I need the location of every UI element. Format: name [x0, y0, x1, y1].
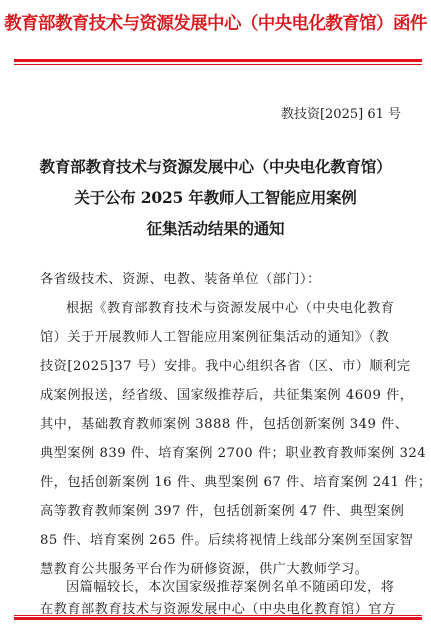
- body-line: 慧教育公共服务平台作为研修资源，供广大教师学习。: [40, 558, 369, 577]
- letterhead-rule-thin: [14, 64, 422, 65]
- body-line: 件，包括创新案例 16 件、典型案例 67 件、培育案例 241 件；: [40, 471, 431, 490]
- body-line: 根据《教育部教育技术与资源发展中心（中央电化教育: [66, 297, 395, 316]
- document-number: 教技资[2025] 61 号: [281, 103, 401, 122]
- body-line: 高等教育教师案例 397 件，包括创新案例 47 件、典型案例: [40, 500, 404, 519]
- body-line: 因篇幅较长，本次国家级推荐案例名单不随函印发，将: [66, 576, 395, 595]
- footer-rule-thin: [14, 615, 422, 616]
- body-line: 典型案例 839 件、培育案例 2700 件；职业教育教师案例 324: [40, 442, 426, 461]
- footer-rule-thick: [14, 617, 422, 620]
- body-line: 85 件、培育案例 265 件。后续将视情上线部分案例至国家智: [40, 529, 413, 548]
- notice-title-line-3: 征集活动结果的通知: [0, 217, 431, 239]
- body-line: 成案例报送，经省级、国家级推荐后，共征集案例 4609 件，: [40, 384, 413, 403]
- body-line: 馆）关于开展教师人工智能应用案例征集活动的通知》（教: [40, 326, 389, 345]
- letterhead-title: 教育部教育技术与资源发展中心（中央电化教育馆）函件: [0, 10, 431, 35]
- body-line: 技资[2025]37 号）安排。我中心组织各省（区、市）顺利完: [40, 355, 410, 374]
- notice-title-line-1: 教育部教育技术与资源发展中心（中央电化教育馆）: [0, 155, 431, 177]
- letterhead-rule-thick: [14, 59, 422, 62]
- notice-title-line-2: 关于公布 2025 年教师人工智能应用案例: [0, 186, 431, 208]
- body-line: 其中，基础教育教师案例 3888 件，包括创新案例 349 件、: [40, 413, 408, 432]
- salutation: 各省级技术、资源、电教、装备单位（部门）：: [40, 268, 321, 287]
